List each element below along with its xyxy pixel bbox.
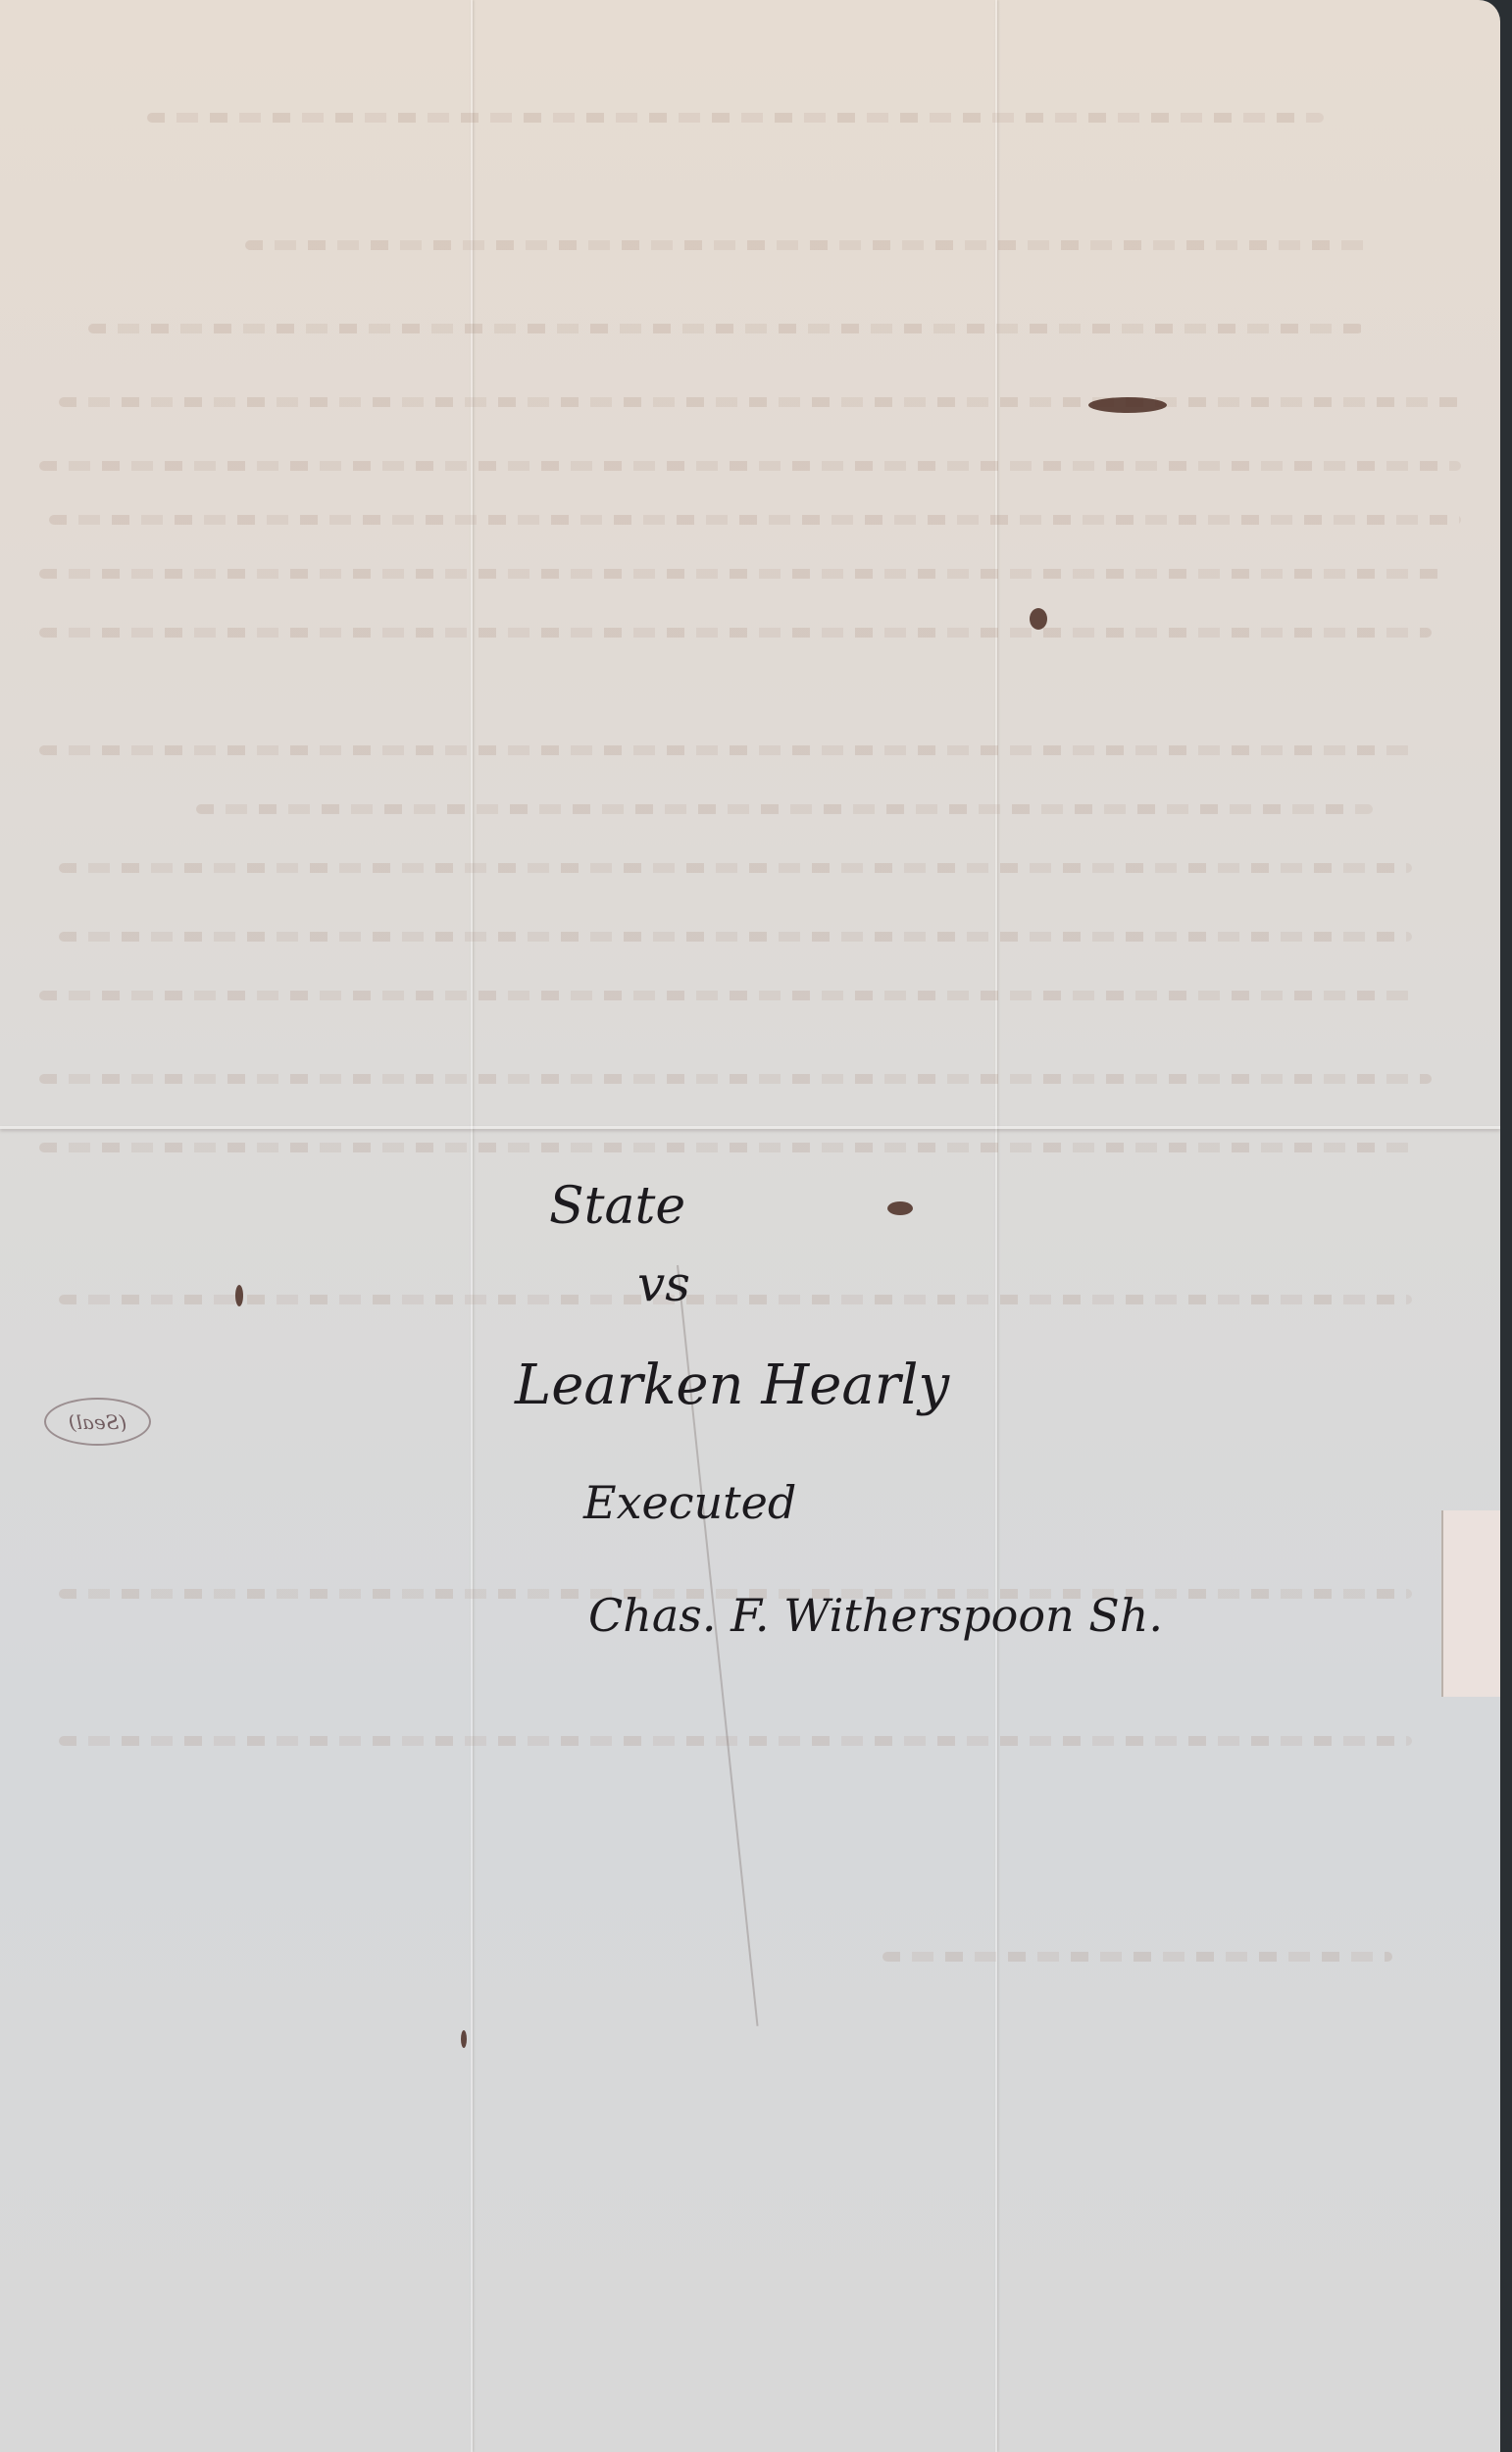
vertical-fold-right [995,0,997,2452]
vertical-fold-left [471,0,473,2452]
ink-blot [235,1285,243,1306]
ink-blot [1088,397,1167,413]
ink-blot [1030,608,1047,630]
sheriff-signature: Chas. F. Witherspoon Sh. [588,1589,1163,1642]
docket-status: Executed [583,1476,796,1529]
document-page: (Seal) State vs Learken Hearly Executed … [0,0,1500,2452]
ink-blot [887,1201,913,1215]
ink-blot [461,2030,467,2048]
docket-versus: vs [637,1255,690,1312]
docket-defendant-name: Learken Hearly [515,1354,949,1417]
torn-patch [1441,1510,1500,1697]
docket-state: State [549,1177,685,1236]
seal-mark: (Seal) [44,1398,151,1446]
horizontal-fold [0,1126,1500,1129]
